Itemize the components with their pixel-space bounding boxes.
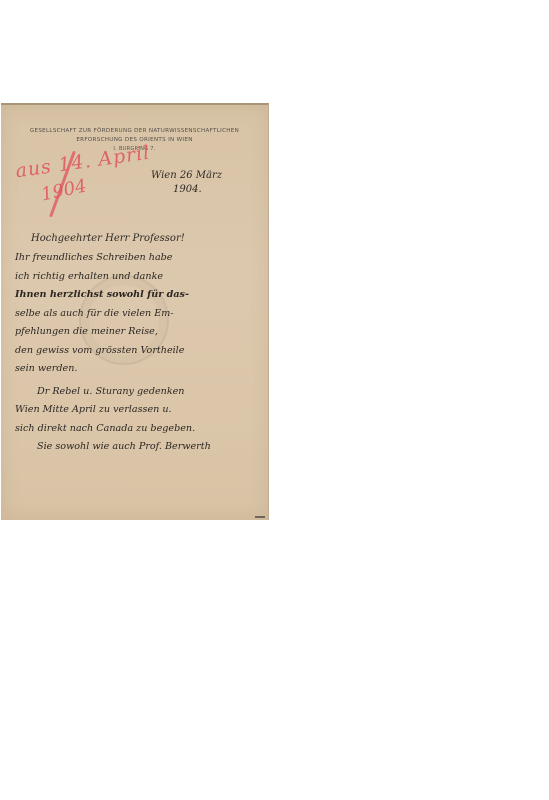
body-line: selbe als auch für die vielen Em- [15,305,211,324]
dateline: Wien 26 März 1904. [151,169,222,197]
letterhead-line-1: GESELLSCHAFT ZUR FÖRDERUNG DER NATURWISS… [1,127,268,136]
body-line: Sie sowohl wie auch Prof. Berwerth [15,438,211,457]
body-line: Ihnen herzlichst sowohl für das- [15,286,211,305]
date-year: 1904. [151,183,222,197]
body-line: Ihr freundliches Schreiben habe [15,249,211,268]
body-line: pfehlungen die meiner Reise, [15,323,211,342]
letter-page: GESELLSCHAFT ZUR FÖRDERUNG DER NATURWISS… [1,103,269,520]
red-annotation-2: 1904 [39,175,88,205]
letter-body: Ihr freundliches Schreiben habe ich rich… [15,249,211,457]
body-line: Wien Mitte April zu verlassen u. [15,401,211,420]
salutation: Hochgeehrter Herr Professor! [31,233,185,244]
body-line: Dr Rebel u. Sturany gedenken [15,383,211,402]
body-line: den gewiss vom grössten Vortheile [15,342,211,361]
date-place-day: Wien 26 März [151,170,222,181]
body-line: sein werden. [15,360,211,379]
body-line: sich direkt nach Canada zu begeben. [15,420,211,439]
corner-mark [255,516,265,518]
body-line: ich richtig erhalten und danke [15,268,211,287]
